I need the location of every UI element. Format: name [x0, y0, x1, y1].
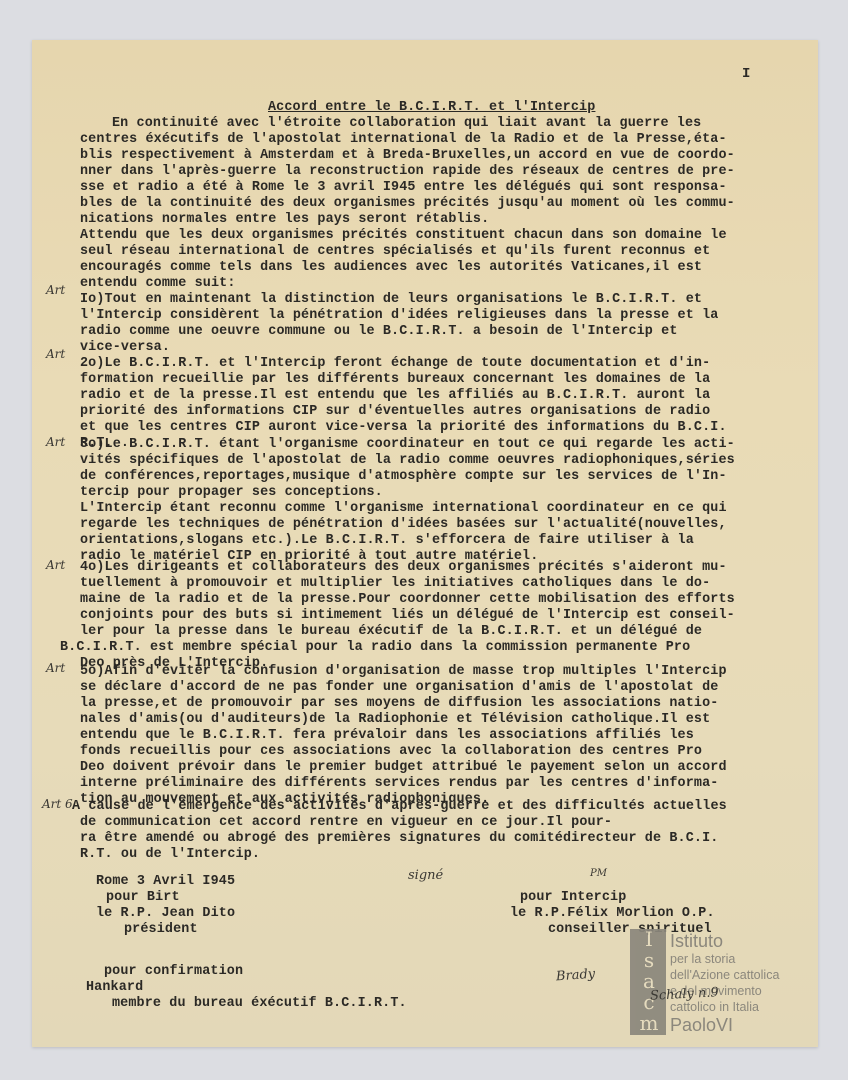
article-5-line: entendu que le B.C.I.R.T. fera prévaloir…	[80, 728, 694, 744]
signature-place-date: Rome 3 Avril I945	[96, 874, 235, 890]
archive-watermark-logo: I s a c m Istituto per la storia dell'Az…	[630, 929, 810, 1037]
logo-letter: I	[632, 929, 666, 950]
preamble-line: entendu comme suit:	[80, 276, 236, 292]
margin-note: Art 6	[42, 797, 73, 811]
article-6-line: de communication cet accord rentre en vi…	[80, 815, 612, 831]
confirmation-label: pour confirmation	[104, 964, 243, 980]
margin-note: Art	[46, 283, 65, 297]
article-5-line: la presse,et de promouvoir par ses moyen…	[80, 696, 718, 712]
logo-letter: s	[632, 950, 666, 971]
article-4-line: conjoints pour des buts si intimement li…	[80, 608, 735, 624]
handwritten-signed: signé	[408, 868, 443, 883]
preamble-line: centres éxécutifs de l'apostolat interna…	[80, 132, 727, 148]
article-5-line: 5o)Afin d'éviter la confusion d'organisa…	[80, 664, 727, 680]
article-3-line: L'Intercip étant reconnu comme l'organis…	[80, 501, 727, 517]
article-5-line: interne préliminaire des différents serv…	[80, 776, 718, 792]
margin-note: Art	[46, 661, 65, 675]
article-1-line: Io)Tout en maintenant la distinction de …	[80, 292, 702, 308]
article-5-line: fonds recueillis pour ces associations a…	[80, 744, 702, 760]
article-5-line: se déclare d'accord de ne pas fonder une…	[80, 680, 718, 696]
preamble-line: nner dans l'après-guerre la reconstructi…	[80, 164, 735, 180]
article-1-line: l'Intercip considèrent la pénétration d'…	[80, 308, 718, 324]
confirmation-role: membre du bureau éxécutif B.C.I.R.T.	[112, 996, 407, 1012]
logo-line: PaoloVI	[670, 1015, 779, 1035]
article-2-line: et que les centres CIP auront vice-versa…	[80, 420, 727, 436]
preamble-line: encouragés comme tels dans les audiences…	[80, 260, 702, 276]
margin-note: Art	[46, 435, 65, 449]
preamble-line: sse et radio a été à Rome le 3 avril I94…	[80, 180, 727, 196]
logo-text: Istituto per la storia dell'Azione catto…	[670, 931, 779, 1035]
logo-letter: m	[632, 1013, 666, 1034]
article-4-line: 4o)Les dirigeants et collaborateurs des …	[80, 560, 727, 576]
article-4-line: tuellement à promouvoir et multiplier le…	[80, 576, 710, 592]
article-6-line: A cause de l'émergence des activités d'a…	[72, 799, 727, 815]
article-3-line: orientations,slogans etc.).Le B.C.I.R.T.…	[80, 533, 694, 549]
article-1-line: vice-versa.	[80, 340, 170, 356]
handwritten-initials: PM	[590, 868, 607, 879]
signature-left-name: le R.P. Jean Dito	[96, 906, 235, 922]
article-3-line: de conférences,reportages,musique d'atmo…	[80, 469, 727, 485]
article-6-line: R.T. ou de l'Intercip.	[80, 847, 260, 863]
signature-left-role: président	[124, 922, 198, 938]
margin-note: Art	[46, 347, 65, 361]
logo-line: per la storia	[670, 951, 779, 967]
article-2-line: priorité des informations CIP sur d'éven…	[80, 404, 710, 420]
logo-line: dell'Azione cattolica	[670, 967, 779, 983]
confirmation-name: Hankard	[86, 980, 143, 996]
signature-left-for: pour Birt	[106, 890, 180, 906]
handwritten-signature: Brady	[556, 967, 596, 985]
page-number: I	[742, 66, 751, 82]
preamble-line: En continuité avec l'étroite collaborati…	[112, 116, 701, 132]
article-2-line: radio et de la presse.Il est entendu que…	[80, 388, 710, 404]
preamble-line: nications normales entre les pays seront…	[80, 212, 489, 228]
margin-note: Art	[46, 558, 65, 572]
preamble-line: Attendu que les deux organismes précités…	[80, 228, 727, 244]
article-6-line: ra être amendé ou abrogé des premières s…	[80, 831, 718, 847]
article-4-line: ler pour la presse dans le bureau éxécut…	[80, 624, 702, 640]
article-3-line: tercip pour propager ses conceptions.	[80, 485, 383, 501]
logo-letter-block: I s a c m	[630, 929, 666, 1035]
article-3-line: 3o)Le B.C.I.R.T. étant l'organisme coord…	[80, 437, 735, 453]
article-5-line: Deo doivent prévoir dans le premier budg…	[80, 760, 727, 776]
article-2-line: 2o)Le B.C.I.R.T. et l'Intercip feront éc…	[80, 356, 710, 372]
article-3-line: regarde les techniques de pénétration d'…	[80, 517, 727, 533]
document-title: Accord entre le B.C.I.R.T. et l'Intercip	[268, 100, 595, 116]
article-4-line: B.C.I.R.T. est membre spécial pour la ra…	[60, 640, 690, 656]
logo-line: Istituto	[670, 931, 779, 951]
preamble-line: blis respectivement à Amsterdam et à Bre…	[80, 148, 735, 164]
article-2-line: formation recueillie par les différents …	[80, 372, 710, 388]
article-1-line: radio comme une oeuvre commune ou le B.C…	[80, 324, 678, 340]
article-3-line: vités spécifiques de l'apostolat de la r…	[80, 453, 735, 469]
preamble-line: seul réseau international de centres spé…	[80, 244, 710, 260]
signature-right-name: le R.P.Félix Morlion O.P.	[510, 906, 715, 922]
article-4-line: maine de la radio et de la presse.Pour c…	[80, 592, 735, 608]
preamble-line: bles de la continuité des deux organisme…	[80, 196, 735, 212]
article-5-line: nales d'amis(ou d'auditeurs)de la Radiop…	[80, 712, 710, 728]
signature-right-for: pour Intercip	[520, 890, 626, 906]
